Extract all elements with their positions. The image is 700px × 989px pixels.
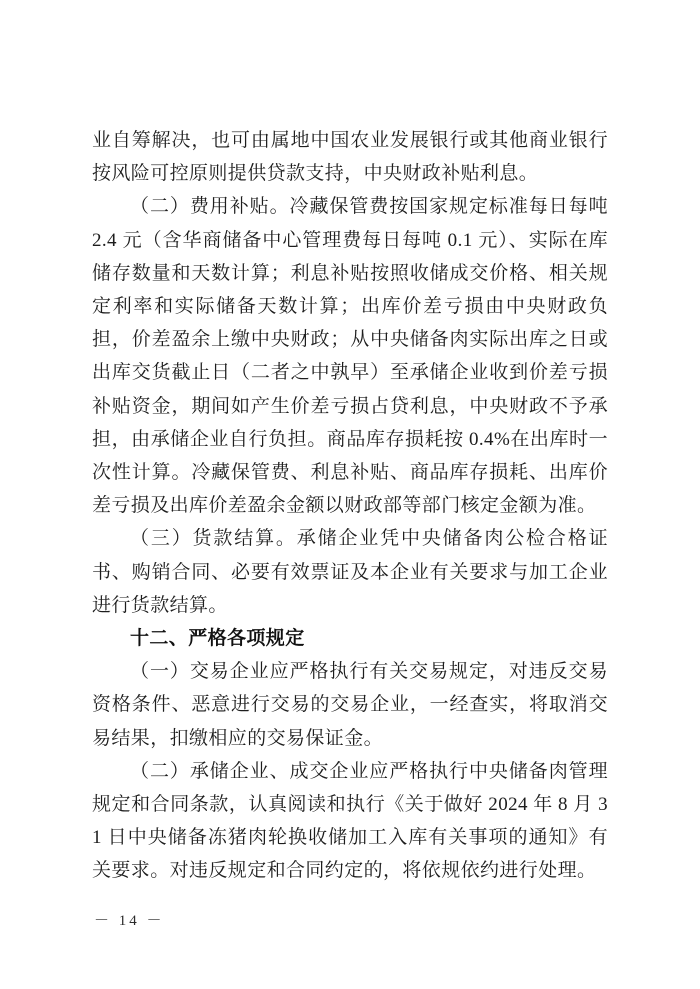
paragraph-trading-rules: （一）交易企业应严格执行有关交易规定，对违反交易资格条件、恶意进行交易的交易企业… (92, 655, 608, 755)
paragraph-payment-settlement: （三）货款结算。承储企业凭中央储备肉公检合格证书、购销合同、必要有效票证及本企业… (92, 522, 608, 622)
paragraph-storage-enterprise-rules: （二）承储企业、成交企业应严格执行中央储备肉管理规定和合同条款，认真阅读和执行《… (92, 755, 608, 888)
page-number: － 14 － (94, 909, 165, 930)
paragraph-loan-support-continuation: 业自筹解决，也可由属地中国农业发展银行或其他商业银行按风险可控原则提供贷款支持，… (92, 124, 608, 190)
document-body: 业自筹解决，也可由属地中国农业发展银行或其他商业银行按风险可控原则提供贷款支持，… (92, 124, 608, 888)
paragraph-fee-subsidy: （二）费用补贴。冷藏保管费按国家规定标准每日每吨 2.4 元（含华商储备中心管理… (92, 190, 608, 522)
section-heading-twelve: 十二、严格各项规定 (92, 622, 608, 655)
document-page: 业自筹解决，也可由属地中国农业发展银行或其他商业银行按风险可控原则提供贷款支持，… (0, 0, 700, 989)
